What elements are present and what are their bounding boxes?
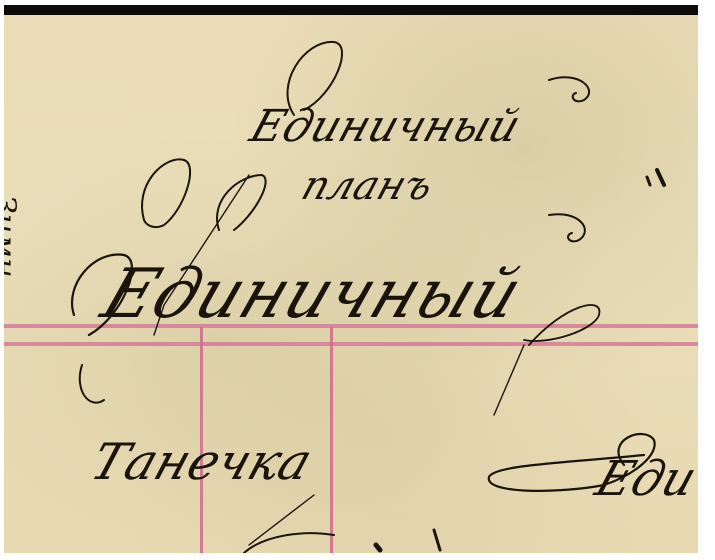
- heading-word-line2: планъ: [296, 163, 439, 209]
- heading-word-line1: Единичный: [244, 101, 527, 152]
- lower-left-word: Танечка: [84, 433, 319, 491]
- scan-frame: Единичный планъ Единичный Танечка Еди Зи…: [0, 0, 715, 560]
- ledger-paper: Единичный планъ Единичный Танечка Еди Зи…: [4, 15, 698, 553]
- lower-right-word: Еди: [589, 451, 698, 507]
- left-margin-vertical-text: Зимн…: [4, 195, 22, 308]
- main-calligraphy-word: Единичный: [92, 255, 532, 334]
